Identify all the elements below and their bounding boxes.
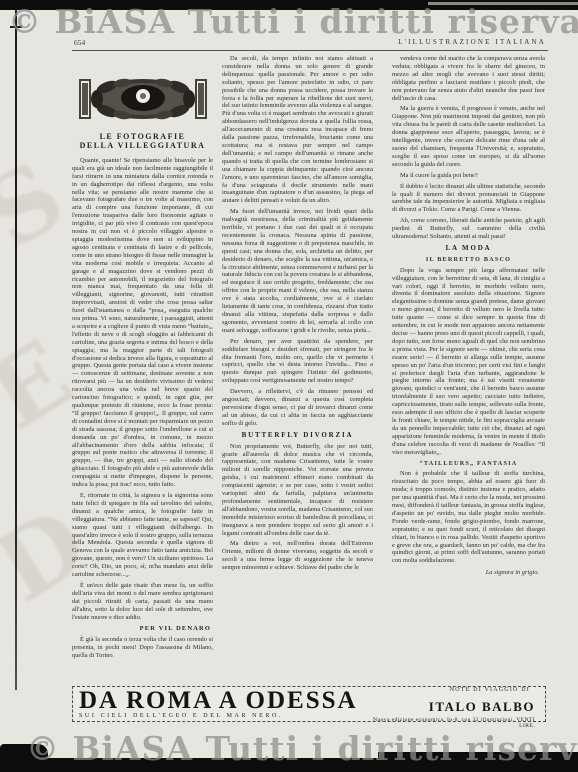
- column-left: LE FOTOGRAFIE DELLA VILLEGGIATURA Quante…: [72, 55, 213, 681]
- paragraph: Il dubbio è lecito dinanzi alle ultime s…: [392, 183, 545, 215]
- paragraph: Ah, come corrono, liberati dalle antiche…: [392, 217, 545, 241]
- ad-author: ITALO BALBO: [429, 699, 535, 715]
- ad-right-block: NOTE DI VIAGGIO DIITALO BALBO Nuova ediz…: [358, 680, 539, 729]
- paragraph: Davvero, a riflettervi, c'è da rimaner p…: [222, 388, 373, 428]
- ad-kicker: NOTE DI VIAGGIO DI: [450, 687, 530, 693]
- paragraph: Non propriamente voi, Butterfly, che per…: [222, 443, 373, 538]
- section-heading-la-moda: LA MODA: [392, 245, 545, 253]
- book-spine-line: [15, 8, 17, 690]
- section-subheading-tailleurs-fantasia: “TAILLEURS„ FANTASIA: [392, 460, 545, 468]
- ad-author-line: NOTE DI VIAGGIO DIITALO BALBO: [358, 680, 535, 716]
- column-middle: Da secoli, da tempo infinito noi siamo a…: [222, 55, 373, 681]
- paragraph: Dopo la voga sempre più larga affermatas…: [392, 267, 545, 457]
- paragraph: Ma dietro a voi, nell'ombra dorata dell'…: [222, 540, 373, 572]
- section-subheading-berretto-basco: IL BERRETTO BASCO: [392, 256, 545, 264]
- article-title-line2: DELLA VILLEGGIATURA: [80, 141, 206, 150]
- ornament-engraving-icon: [77, 73, 209, 125]
- watermark-top: © BiASA Tutti i diritti riservati: [8, 2, 578, 41]
- paragraph: Da secoli, da tempo infinito noi siamo a…: [222, 55, 373, 205]
- column-right: vendeva come del marito che la comperava…: [392, 55, 545, 681]
- page-bleedthrough-artifact: S: [0, 140, 83, 270]
- column-signature: La signora in grigio.: [392, 569, 545, 577]
- advertisement-box: DA ROMA A ODESSA SUI CIELI DELL'EGEO E D…: [72, 686, 546, 722]
- section-heading-per-vil-denaro: PER VIL DENARO: [72, 625, 211, 633]
- ad-title: DA ROMA A ODESSA: [79, 689, 358, 713]
- paragraph: vendeva come del marito che la comperava…: [392, 55, 545, 102]
- paragraph: Ma il cuore la guida poi bene?: [392, 172, 545, 180]
- paragraph: È già la seconda o terza volta che il ca…: [72, 636, 213, 660]
- paragraph: Quante, quante! Se ripensiamo alle bisav…: [72, 157, 213, 489]
- paragraph: Non è probabile che il tailleur di stoff…: [392, 470, 545, 565]
- article-title-line1: LE FOTOGRAFIE: [100, 132, 186, 141]
- header-rule: [72, 50, 548, 51]
- paragraph: Per denaro, per aver quattrini da spende…: [222, 338, 373, 385]
- paragraph: Ma fuori dell'umanità invece, nei lividi…: [222, 208, 373, 335]
- ad-edition-line: Nuova edizione economica. In-8, con 32 i…: [358, 717, 535, 729]
- paragraph: È un'eco delle gaie risate d'un mese fa,…: [72, 582, 213, 622]
- ornament-banner: [72, 73, 213, 128]
- watermark-bottom: © BiASA Tutti i diritti riservati: [26, 729, 578, 768]
- section-heading-butterfly-divorzia: BUTTERFLY DIVORZIA: [222, 432, 373, 440]
- paragraph: Ma la guerra è venuta, il progresso è ve…: [392, 105, 545, 168]
- article-title: LE FOTOGRAFIE DELLA VILLEGGIATURA: [72, 132, 213, 151]
- ad-left-block: DA ROMA A ODESSA SUI CIELI DELL'EGEO E D…: [79, 689, 358, 719]
- paragraph: E, ritornate in città, la signora e la s…: [72, 492, 213, 579]
